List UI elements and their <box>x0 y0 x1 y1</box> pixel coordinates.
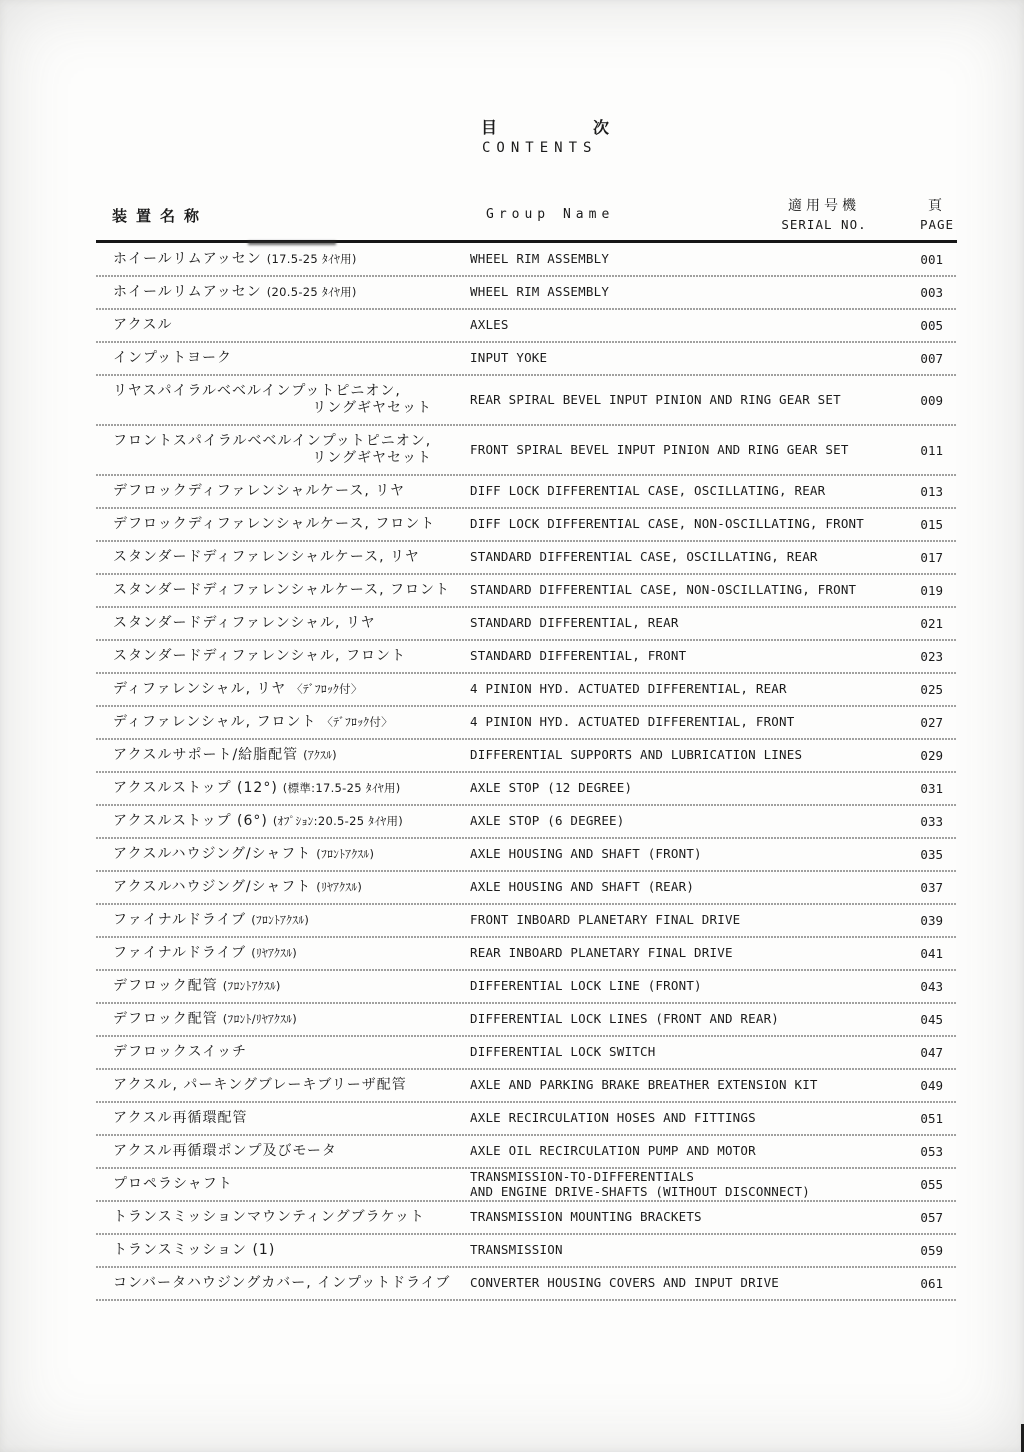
row-group-name-cell: DIFFERENTIAL SUPPORTS AND LUBRICATION LI… <box>470 748 800 763</box>
row-device-name-cell: アクスル <box>96 310 470 341</box>
table-row: アクスルハウジング/シャフト(ﾌﾛﾝﾄｱｸｽﾙ) AXLE HOUSING AN… <box>96 839 957 870</box>
table-row: アクスル AXLES 005 <box>96 310 957 341</box>
table-row: アクスルストップ (12°)(標準:17.5-25 ﾀｲﾔ用) AXLE STO… <box>96 773 957 804</box>
row-device-name-cell: ファイナルドライブ(ﾌﾛﾝﾄｱｸｽﾙ) <box>96 905 470 936</box>
row-group-name-cell: 4 PINION HYD. ACTUATED DIFFERENTIAL, FRO… <box>470 715 800 730</box>
row-group-name-cell: WHEEL RIM ASSEMBLY <box>470 252 800 267</box>
table-row: アクスル, パーキングブレーキブリーザ配管 AXLE AND PARKING B… <box>96 1070 957 1101</box>
row-group-name: STANDARD DIFFERENTIAL, FRONT <box>470 649 800 664</box>
row-device-name-jp: リヤスパイラルベベルインプットピニオン, <box>113 383 401 399</box>
row-device-name-jp: ホイールリムアッセン <box>113 251 262 267</box>
row-device-name-jp: アクスルサポート/給脂配管 <box>113 747 298 763</box>
row-device-name-cell: リヤスパイラルベベルインプットピニオン, リングギヤセット <box>96 376 470 424</box>
row-device-name-cell: デフロックスイッチ <box>96 1037 470 1068</box>
row-device-name-cell: デフロック配管(ﾌﾛﾝﾄ/ﾘﾔｱｸｽﾙ) <box>96 1004 470 1035</box>
row-device-name-cell: デフロックディファレンシャルケース, リヤ <box>96 476 470 507</box>
row-device-name-jp: デフロックディファレンシャルケース, フロント <box>113 516 435 532</box>
row-group-name-cell: REAR SPIRAL BEVEL INPUT PINION AND RING … <box>470 393 800 408</box>
row-group-name: AXLE STOP (6 DEGREE) <box>470 814 800 829</box>
row-device-name-jp-line2: リングギヤセット <box>113 450 466 467</box>
row-device-name-jp: アクスルハウジング/シャフト <box>113 846 311 862</box>
row-group-name: WHEEL RIM ASSEMBLY <box>470 285 800 300</box>
row-device-name-jp: トランスミッション (1) <box>113 1242 275 1258</box>
row-group-name: DIFFERENTIAL SUPPORTS AND LUBRICATION LI… <box>470 748 800 763</box>
table-row: フロントスパイラルベベルインプットピニオン, リングギヤセット FRONT SP… <box>96 426 957 474</box>
row-group-name-cell: INPUT YOKE <box>470 351 800 366</box>
row-group-name-cell: TRANSMISSION <box>470 1243 800 1258</box>
row-page-number: 017 <box>897 550 943 565</box>
table-row: ファイナルドライブ(ﾘﾔｱｸｽﾙ) REAR INBOARD PLANETARY… <box>96 938 957 969</box>
row-page-number: 061 <box>897 1276 943 1291</box>
row-device-name-jp: ディファレンシャル, リヤ <box>113 681 286 697</box>
row-group-name: AXLES <box>470 318 800 333</box>
header-rule <box>96 240 957 243</box>
row-page-number: 009 <box>897 393 943 408</box>
table-row: スタンダードディファレンシャルケース, リヤ STANDARD DIFFEREN… <box>96 542 957 573</box>
row-group-name-cell: STANDARD DIFFERENTIAL CASE, OSCILLATING,… <box>470 550 800 565</box>
row-page-number: 057 <box>897 1210 943 1225</box>
toc-table: ホイールリムアッセン(17.5-25 ﾀｲﾔ用) WHEEL RIM ASSEM… <box>96 244 957 1301</box>
row-group-name: CONVERTER HOUSING COVERS AND INPUT DRIVE <box>470 1276 800 1291</box>
table-row: ホイールリムアッセン(17.5-25 ﾀｲﾔ用) WHEEL RIM ASSEM… <box>96 244 957 275</box>
row-device-name-cell: ファイナルドライブ(ﾘﾔｱｸｽﾙ) <box>96 938 470 969</box>
row-device-name-cell: アクスル再循環ポンプ及びモータ <box>96 1136 470 1167</box>
row-device-name-jp: スタンダードディファレンシャルケース, リヤ <box>113 549 420 565</box>
table-row: トランスミッション (1) TRANSMISSION 059 <box>96 1235 957 1266</box>
row-device-name-cell: プロペラシャフト <box>96 1169 470 1200</box>
row-group-name-cell: AXLE STOP (6 DEGREE) <box>470 814 800 829</box>
row-page-number: 037 <box>897 880 943 895</box>
row-device-name-cell: アクスルストップ (6°)(ｵﾌﾟｼｮﾝ:20.5-25 ﾀｲﾔ用) <box>96 806 470 837</box>
row-page-number: 039 <box>897 913 943 928</box>
row-group-name-cell: DIFFERENTIAL LOCK SWITCH <box>470 1045 800 1060</box>
table-row: プロペラシャフト TRANSMISSION-TO-DIFFERENTIALS A… <box>96 1169 957 1200</box>
row-page-number: 025 <box>897 682 943 697</box>
row-group-name-cell: AXLE HOUSING AND SHAFT (FRONT) <box>470 847 800 862</box>
row-page-number: 013 <box>897 484 943 499</box>
row-device-name-cell: トランスミッション (1) <box>96 1235 470 1266</box>
row-group-name: FRONT SPIRAL BEVEL INPUT PINION AND RING… <box>470 443 800 458</box>
row-device-name-jp: スタンダードディファレンシャルケース, フロント <box>113 582 450 598</box>
row-group-name: AXLE HOUSING AND SHAFT (FRONT) <box>470 847 800 862</box>
row-page-number: 043 <box>897 979 943 994</box>
row-page-number: 059 <box>897 1243 943 1258</box>
table-row: アクスル再循環配管 AXLE RECIRCULATION HOSES AND F… <box>96 1103 957 1134</box>
row-page-number: 007 <box>897 351 943 366</box>
column-header-serial-jp: 適用号機 <box>771 198 877 214</box>
table-row: インプットヨーク INPUT YOKE 007 <box>96 343 957 374</box>
row-device-name-jp: デフロック配管 <box>113 1011 218 1027</box>
row-device-name-note: 〈ﾃﾞﾌﾛｯｸ付〉 <box>322 715 393 729</box>
row-group-name: DIFFERENTIAL LOCK LINES (FRONT AND REAR) <box>470 1012 800 1027</box>
table-row: スタンダードディファレンシャルケース, フロント STANDARD DIFFER… <box>96 575 957 606</box>
row-device-name-jp: アクスルストップ (6°) <box>113 813 268 829</box>
row-page-number: 027 <box>897 715 943 730</box>
row-group-name: AXLE HOUSING AND SHAFT (REAR) <box>470 880 800 895</box>
row-device-name-cell: フロントスパイラルベベルインプットピニオン, リングギヤセット <box>96 426 470 474</box>
row-group-name-cell: STANDARD DIFFERENTIAL, REAR <box>470 616 800 631</box>
row-device-name-jp: インプットヨーク <box>113 350 232 366</box>
row-group-name-cell: AXLE STOP (12 DEGREE) <box>470 781 800 796</box>
row-page-number: 033 <box>897 814 943 829</box>
row-group-name-cell: DIFFERENTIAL LOCK LINES (FRONT AND REAR) <box>470 1012 800 1027</box>
row-group-name: WHEEL RIM ASSEMBLY <box>470 252 800 267</box>
row-device-name-note: (20.5-25 ﾀｲﾔ用) <box>267 285 357 299</box>
row-page-number: 005 <box>897 318 943 333</box>
row-group-name: AXLE OIL RECIRCULATION PUMP AND MOTOR <box>470 1144 800 1159</box>
row-group-name-cell: WHEEL RIM ASSEMBLY <box>470 285 800 300</box>
table-row: アクスルハウジング/シャフト(ﾘﾔｱｸｽﾙ) AXLE HOUSING AND … <box>96 872 957 903</box>
row-device-name-cell: アクスルハウジング/シャフト(ﾌﾛﾝﾄｱｸｽﾙ) <box>96 839 470 870</box>
row-device-name-cell: トランスミッションマウンティングブラケット <box>96 1202 470 1233</box>
table-row: アクスルストップ (6°)(ｵﾌﾟｼｮﾝ:20.5-25 ﾀｲﾔ用) AXLE … <box>96 806 957 837</box>
row-device-name-jp: アクスル, パーキングブレーキブリーザ配管 <box>113 1077 407 1093</box>
row-group-name-cell: CONVERTER HOUSING COVERS AND INPUT DRIVE <box>470 1276 800 1291</box>
row-device-name-note: (17.5-25 ﾀｲﾔ用) <box>267 252 357 266</box>
row-device-name-cell: スタンダードディファレンシャルケース, リヤ <box>96 542 470 573</box>
page-title: 目 次 CONTENTS <box>481 119 609 156</box>
row-page-number: 055 <box>897 1177 943 1192</box>
row-group-name: DIFFERENTIAL LOCK LINE (FRONT) <box>470 979 800 994</box>
row-device-name-cell: アクスル, パーキングブレーキブリーザ配管 <box>96 1070 470 1101</box>
row-device-name-cell: インプットヨーク <box>96 343 470 374</box>
row-group-name-cell: DIFF LOCK DIFFERENTIAL CASE, OSCILLATING… <box>470 484 800 499</box>
row-group-name: 4 PINION HYD. ACTUATED DIFFERENTIAL, REA… <box>470 682 800 697</box>
row-page-number: 031 <box>897 781 943 796</box>
row-device-name-jp: デフロック配管 <box>113 978 218 994</box>
row-group-name: REAR SPIRAL BEVEL INPUT PINION AND RING … <box>470 393 800 408</box>
row-page-number: 041 <box>897 946 943 961</box>
table-row: アクスル再循環ポンプ及びモータ AXLE OIL RECIRCULATION P… <box>96 1136 957 1167</box>
row-device-name-jp: コンバータハウジングカバー, インプットドライブ <box>113 1275 450 1291</box>
row-page-number: 049 <box>897 1078 943 1093</box>
row-device-name-jp: デフロックスイッチ <box>113 1044 247 1060</box>
row-page-number: 015 <box>897 517 943 532</box>
table-row: ディファレンシャル, リヤ〈ﾃﾞﾌﾛｯｸ付〉 4 PINION HYD. ACT… <box>96 674 957 705</box>
row-group-name: REAR INBOARD PLANETARY FINAL DRIVE <box>470 946 800 961</box>
table-row: アクスルサポート/給脂配管(ｱｸｽﾙ) DIFFERENTIAL SUPPORT… <box>96 740 957 771</box>
table-row: スタンダードディファレンシャル, リヤ STANDARD DIFFERENTIA… <box>96 608 957 639</box>
row-device-name-note: (標準:17.5-25 ﾀｲﾔ用) <box>283 781 401 795</box>
row-device-name-jp: アクスルハウジング/シャフト <box>113 879 311 895</box>
row-page-number: 047 <box>897 1045 943 1060</box>
row-device-name-jp: アクスル再循環配管 <box>113 1110 247 1126</box>
row-page-number: 029 <box>897 748 943 763</box>
table-row: デフロックディファレンシャルケース, リヤ DIFF LOCK DIFFEREN… <box>96 476 957 507</box>
row-device-name-note: (ﾌﾛﾝﾄｱｸｽﾙ) <box>223 979 281 993</box>
row-device-name-cell: スタンダードディファレンシャル, リヤ <box>96 608 470 639</box>
row-device-name-cell: アクスルサポート/給脂配管(ｱｸｽﾙ) <box>96 740 470 771</box>
table-row: ディファレンシャル, フロント〈ﾃﾞﾌﾛｯｸ付〉 4 PINION HYD. A… <box>96 707 957 738</box>
table-row: トランスミッションマウンティングブラケット TRANSMISSION MOUNT… <box>96 1202 957 1233</box>
table-row: ホイールリムアッセン(20.5-25 ﾀｲﾔ用) WHEEL RIM ASSEM… <box>96 277 957 308</box>
row-group-name-cell: DIFFERENTIAL LOCK LINE (FRONT) <box>470 979 800 994</box>
row-device-name-jp: ホイールリムアッセン <box>113 284 262 300</box>
row-device-name-jp: スタンダードディファレンシャル, フロント <box>113 648 406 664</box>
row-page-number: 011 <box>897 443 943 458</box>
row-page-number: 053 <box>897 1144 943 1159</box>
row-group-name: STANDARD DIFFERENTIAL CASE, OSCILLATING,… <box>470 550 800 565</box>
row-device-name-cell: アクスル再循環配管 <box>96 1103 470 1134</box>
row-group-name: INPUT YOKE <box>470 351 800 366</box>
table-row: デフロック配管(ﾌﾛﾝﾄｱｸｽﾙ) DIFFERENTIAL LOCK LINE… <box>96 971 957 1002</box>
row-group-name-cell: AXLE AND PARKING BRAKE BREATHER EXTENSIO… <box>470 1078 800 1093</box>
row-device-name-jp: フロントスパイラルベベルインプットピニオン, <box>113 433 431 449</box>
page-title-jp-char1: 目 <box>481 119 497 137</box>
row-device-name-jp: アクスル <box>113 317 172 333</box>
column-header-serial-en: SERIAL NO. <box>771 217 877 232</box>
column-headers: 装置名称 Group Name 適用号機 SERIAL NO. 頁 PAGE <box>0 198 1024 240</box>
row-device-name-jp: トランスミッションマウンティングブラケット <box>113 1209 425 1225</box>
column-header-device-name: 装置名称 <box>112 205 208 226</box>
row-device-name-jp: ファイナルドライブ <box>113 945 246 961</box>
row-device-name-cell: スタンダードディファレンシャルケース, フロント <box>96 575 470 606</box>
table-row: デフロックスイッチ DIFFERENTIAL LOCK SWITCH 047 <box>96 1037 957 1068</box>
row-device-name-cell: スタンダードディファレンシャル, フロント <box>96 641 470 672</box>
row-group-name: AXLE RECIRCULATION HOSES AND FITTINGS <box>470 1111 800 1126</box>
row-page-number: 019 <box>897 583 943 598</box>
row-device-name-note: 〈ﾃﾞﾌﾛｯｸ付〉 <box>291 682 362 696</box>
row-group-name-cell: TRANSMISSION MOUNTING BRACKETS <box>470 1210 800 1225</box>
row-device-name-cell: ホイールリムアッセン(17.5-25 ﾀｲﾔ用) <box>96 244 470 275</box>
page-title-jp: 目 次 <box>481 119 609 137</box>
row-device-name-jp-line2: リングギヤセット <box>113 400 466 417</box>
table-row: リヤスパイラルベベルインプットピニオン, リングギヤセット REAR SPIRA… <box>96 376 957 424</box>
row-page-number: 021 <box>897 616 943 631</box>
column-header-page: 頁 PAGE <box>909 198 965 232</box>
row-device-name-note: (ｵﾌﾟｼｮﾝ:20.5-25 ﾀｲﾔ用) <box>273 814 403 828</box>
row-group-name: STANDARD DIFFERENTIAL CASE, NON-OSCILLAT… <box>470 583 800 598</box>
page-title-en: CONTENTS <box>482 140 609 156</box>
row-group-name: DIFFERENTIAL LOCK SWITCH <box>470 1045 800 1060</box>
row-group-name: FRONT INBOARD PLANETARY FINAL DRIVE <box>470 913 800 928</box>
page-title-jp-char2: 次 <box>593 119 609 137</box>
column-header-group-name: Group Name <box>486 207 614 222</box>
row-group-name-cell: STANDARD DIFFERENTIAL, FRONT <box>470 649 800 664</box>
row-group-name-cell: AXLE HOUSING AND SHAFT (REAR) <box>470 880 800 895</box>
table-row: デフロックディファレンシャルケース, フロント DIFF LOCK DIFFER… <box>96 509 957 540</box>
row-page-number: 023 <box>897 649 943 664</box>
row-page-number: 051 <box>897 1111 943 1126</box>
row-group-name-cell: AXLE RECIRCULATION HOSES AND FITTINGS <box>470 1111 800 1126</box>
row-group-name-cell: AXLES <box>470 318 800 333</box>
row-group-name-cell: FRONT INBOARD PLANETARY FINAL DRIVE <box>470 913 800 928</box>
row-device-name-note: (ﾌﾛﾝﾄｱｸｽﾙ) <box>316 847 374 861</box>
row-group-name: 4 PINION HYD. ACTUATED DIFFERENTIAL, FRO… <box>470 715 800 730</box>
row-group-name-cell: TRANSMISSION-TO-DIFFERENTIALS AND ENGINE… <box>470 1170 800 1199</box>
row-page-number: 035 <box>897 847 943 862</box>
row-page-number: 003 <box>897 285 943 300</box>
row-group-name-cell: STANDARD DIFFERENTIAL CASE, NON-OSCILLAT… <box>470 583 800 598</box>
row-separator <box>96 1299 957 1301</box>
row-device-name-cell: ディファレンシャル, リヤ〈ﾃﾞﾌﾛｯｸ付〉 <box>96 674 470 705</box>
row-device-name-note: (ｱｸｽﾙ) <box>303 748 337 762</box>
column-header-page-en: PAGE <box>909 217 965 232</box>
row-group-name: STANDARD DIFFERENTIAL, REAR <box>470 616 800 631</box>
table-row: スタンダードディファレンシャル, フロント STANDARD DIFFERENT… <box>96 641 957 672</box>
row-group-name: TRANSMISSION-TO-DIFFERENTIALS <box>470 1170 800 1185</box>
table-row: デフロック配管(ﾌﾛﾝﾄ/ﾘﾔｱｸｽﾙ) DIFFERENTIAL LOCK L… <box>96 1004 957 1035</box>
row-device-name-cell: コンバータハウジングカバー, インプットドライブ <box>96 1268 470 1299</box>
row-page-number: 001 <box>897 252 943 267</box>
row-device-name-jp: ファイナルドライブ <box>113 912 246 928</box>
row-device-name-cell: アクスルハウジング/シャフト(ﾘﾔｱｸｽﾙ) <box>96 872 470 903</box>
row-device-name-cell: ディファレンシャル, フロント〈ﾃﾞﾌﾛｯｸ付〉 <box>96 707 470 738</box>
table-row: コンバータハウジングカバー, インプットドライブ CONVERTER HOUSI… <box>96 1268 957 1299</box>
row-group-name: DIFF LOCK DIFFERENTIAL CASE, NON-OSCILLA… <box>470 517 800 532</box>
row-device-name-jp: デフロックディファレンシャルケース, リヤ <box>113 483 405 499</box>
row-device-name-note: (ﾌﾛﾝﾄ/ﾘﾔｱｸｽﾙ) <box>223 1012 297 1026</box>
row-group-name-cell: REAR INBOARD PLANETARY FINAL DRIVE <box>470 946 800 961</box>
row-group-name-line2: AND ENGINE DRIVE-SHAFTS (WITHOUT DISCONN… <box>470 1185 800 1200</box>
row-device-name-jp: ディファレンシャル, フロント <box>113 714 317 730</box>
row-device-name-cell: ホイールリムアッセン(20.5-25 ﾀｲﾔ用) <box>96 277 470 308</box>
row-device-name-cell: デフロックディファレンシャルケース, フロント <box>96 509 470 540</box>
column-header-page-jp: 頁 <box>909 198 965 214</box>
row-device-name-cell: アクスルストップ (12°)(標準:17.5-25 ﾀｲﾔ用) <box>96 773 470 804</box>
contents-page: 目 次 CONTENTS 装置名称 Group Name 適用号機 SERIAL… <box>0 0 1024 1452</box>
row-group-name: AXLE AND PARKING BRAKE BREATHER EXTENSIO… <box>470 1078 800 1093</box>
column-header-serial-no: 適用号機 SERIAL NO. <box>771 198 877 232</box>
row-device-name-jp: スタンダードディファレンシャル, リヤ <box>113 615 376 631</box>
row-device-name-jp: アクスルストップ (12°) <box>113 780 278 796</box>
row-group-name: DIFF LOCK DIFFERENTIAL CASE, OSCILLATING… <box>470 484 800 499</box>
row-device-name-jp: プロペラシャフト <box>113 1176 233 1192</box>
row-group-name: TRANSMISSION MOUNTING BRACKETS <box>470 1210 800 1225</box>
row-group-name: AXLE STOP (12 DEGREE) <box>470 781 800 796</box>
row-device-name-jp: アクスル再循環ポンプ及びモータ <box>113 1143 337 1159</box>
row-device-name-note: (ﾘﾔｱｸｽﾙ) <box>316 880 362 894</box>
row-group-name: TRANSMISSION <box>470 1243 800 1258</box>
row-device-name-note: (ﾘﾔｱｸｽﾙ) <box>251 946 297 960</box>
row-group-name-cell: AXLE OIL RECIRCULATION PUMP AND MOTOR <box>470 1144 800 1159</box>
row-page-number: 045 <box>897 1012 943 1027</box>
row-group-name-cell: DIFF LOCK DIFFERENTIAL CASE, NON-OSCILLA… <box>470 517 800 532</box>
row-group-name-cell: FRONT SPIRAL BEVEL INPUT PINION AND RING… <box>470 443 800 458</box>
row-device-name-cell: デフロック配管(ﾌﾛﾝﾄｱｸｽﾙ) <box>96 971 470 1002</box>
row-device-name-note: (ﾌﾛﾝﾄｱｸｽﾙ) <box>251 913 309 927</box>
row-group-name-cell: 4 PINION HYD. ACTUATED DIFFERENTIAL, REA… <box>470 682 800 697</box>
table-row: ファイナルドライブ(ﾌﾛﾝﾄｱｸｽﾙ) FRONT INBOARD PLANET… <box>96 905 957 936</box>
